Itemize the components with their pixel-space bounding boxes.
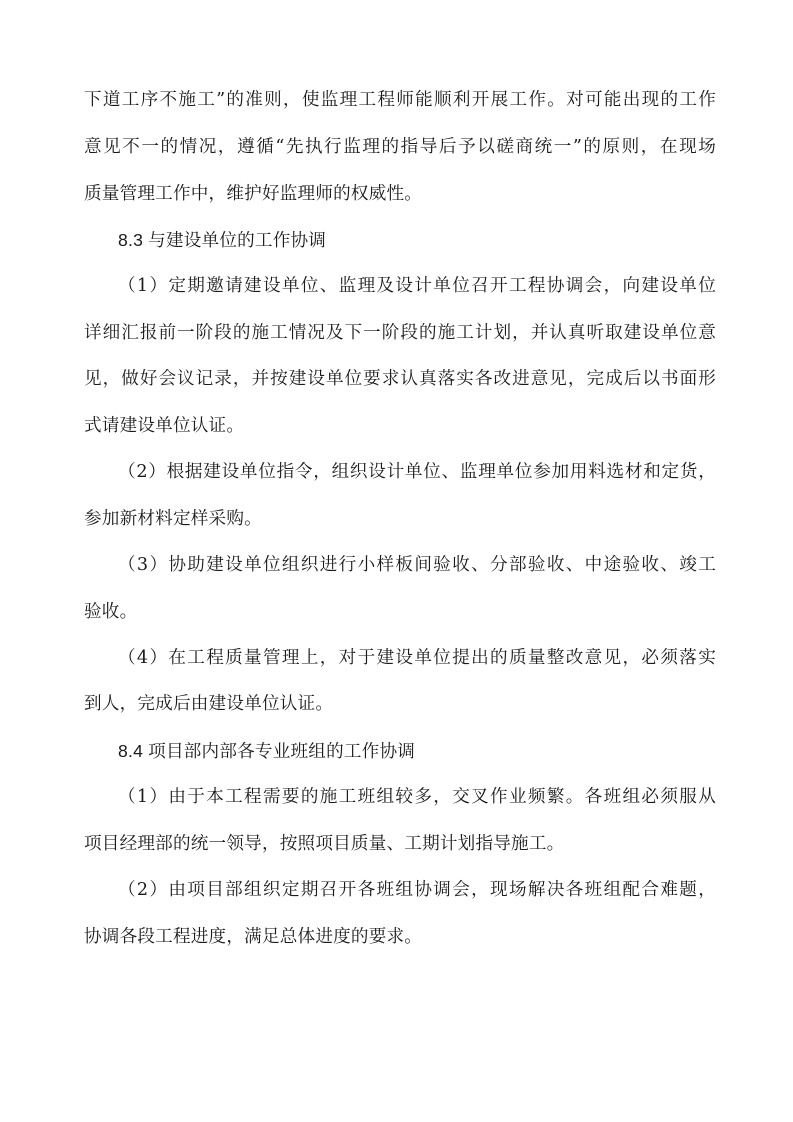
list-item-line: （2）由项目部组织定期召开各班组协调会，现场解决各班组配合难题， — [118, 878, 716, 902]
section-heading-8-3: 8.3 与建设单位的工作协调 — [118, 228, 750, 252]
list-item-line: （1）定期邀请建设单位、监理及设计单位召开工程协调会，向建设单位 — [118, 274, 716, 298]
list-item-line: （3）协助建设单位组织进行小样板间验收、分部验收、中途验收、竣工 — [118, 553, 716, 577]
list-item-line: （2）根据建设单位指令，组织设计单位、监理单位参加用料选材和定货， — [118, 460, 716, 484]
list-item-line: 项目经理部的统一领导，按照项目质量、工期计划指导施工。 — [84, 832, 716, 856]
list-item-line: 见，做好会议记录，并按建设单位要求认真落实各改进意见，完成后以书面形 — [84, 367, 716, 391]
list-item-line: 协调各段工程进度，满足总体进度的要求。 — [84, 925, 716, 949]
section-heading-8-4: 8.4 项目部内部各专业班组的工作协调 — [118, 739, 750, 763]
list-item-line: 验收。 — [84, 600, 716, 624]
paragraph-line: 下道工序不施工”的准则，使监理工程师能顺利开展工作。对可能出现的工作 — [84, 88, 716, 112]
list-item-line: （4）在工程质量管理上，对于建设单位提出的质量整改意见，必须落实 — [118, 646, 716, 670]
list-item-line: （1）由于本工程需要的施工班组较多，交叉作业频繁。各班组必须服从 — [118, 785, 716, 809]
list-item-line: 详细汇报前一阶段的施工情况及下一阶段的施工计划，并认真听取建设单位意 — [84, 321, 716, 345]
paragraph-line: 意见不一的情况，遵循“先执行监理的指导后予以磋商统一”的原则，在现场 — [84, 135, 716, 159]
list-item-line: 式请建设单位认证。 — [84, 414, 716, 438]
list-item-line: 参加新材料定样采购。 — [84, 507, 716, 531]
paragraph-line: 质量管理工作中，维护好监理师的权威性。 — [84, 182, 716, 206]
document-page: 下道工序不施工”的准则，使监理工程师能顺利开展工作。对可能出现的工作 意见不一的… — [0, 0, 793, 1122]
list-item-line: 到人，完成后由建设单位认证。 — [84, 692, 716, 716]
